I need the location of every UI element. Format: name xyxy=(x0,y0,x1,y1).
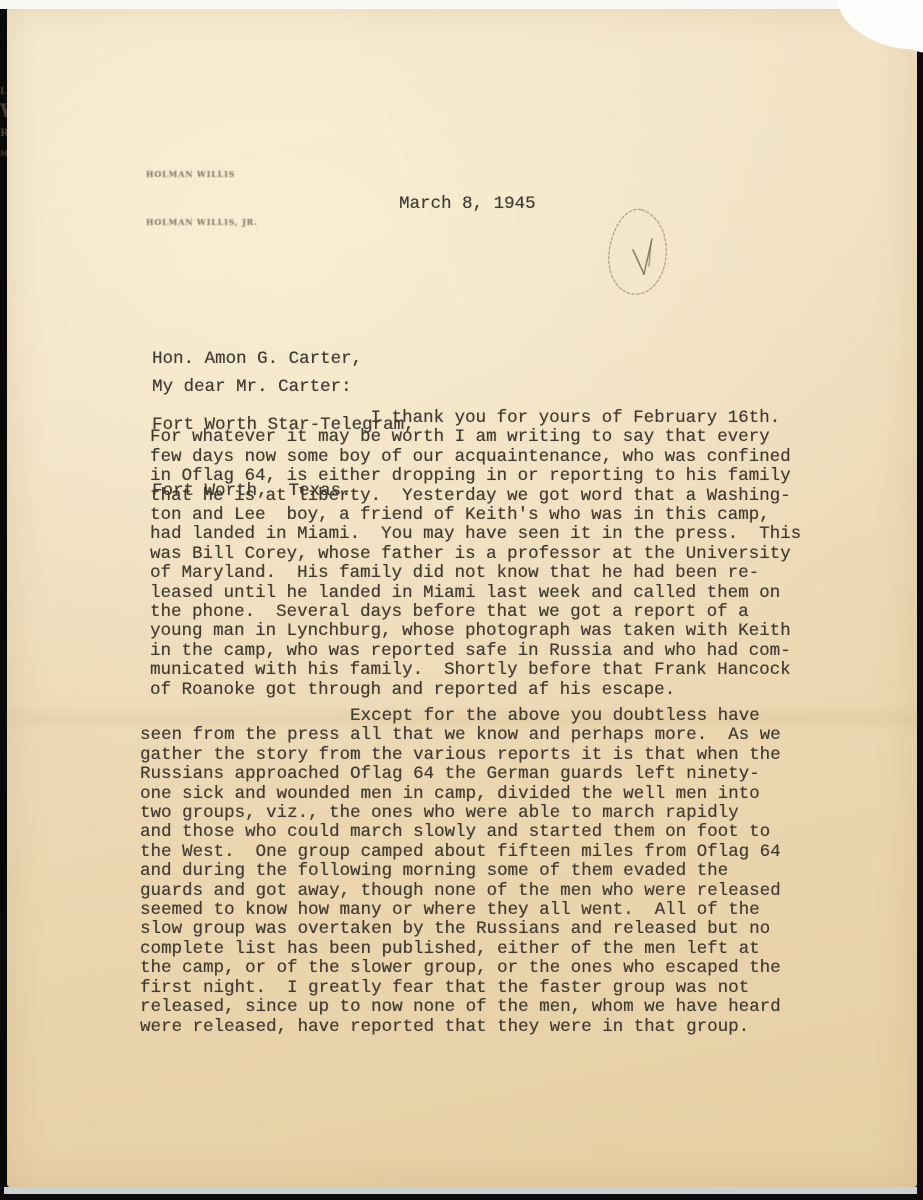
scanner-edge-top xyxy=(0,0,923,9)
pencil-circle-check-icon xyxy=(598,200,688,306)
attorney-name: HOLMAN WILLIS, JR. xyxy=(146,214,258,230)
letterhead-attorney-list: HOLMAN WILLIS HOLMAN WILLIS, JR. xyxy=(146,134,258,262)
date-line: March 8, 1945 xyxy=(399,194,536,214)
scanner-edge-bottom xyxy=(4,1187,917,1194)
recipient-name-line: Hon. Amon G. Carter, xyxy=(152,348,415,370)
letter-paragraph-2: Except for the above you doubtless have … xyxy=(140,707,781,1037)
attorney-name: HOLMAN WILLIS xyxy=(146,166,258,182)
letter-paragraph-1: I thank you for yours of February 16th. … xyxy=(150,409,801,700)
salutation: My dear Mr. Carter: xyxy=(152,377,352,397)
